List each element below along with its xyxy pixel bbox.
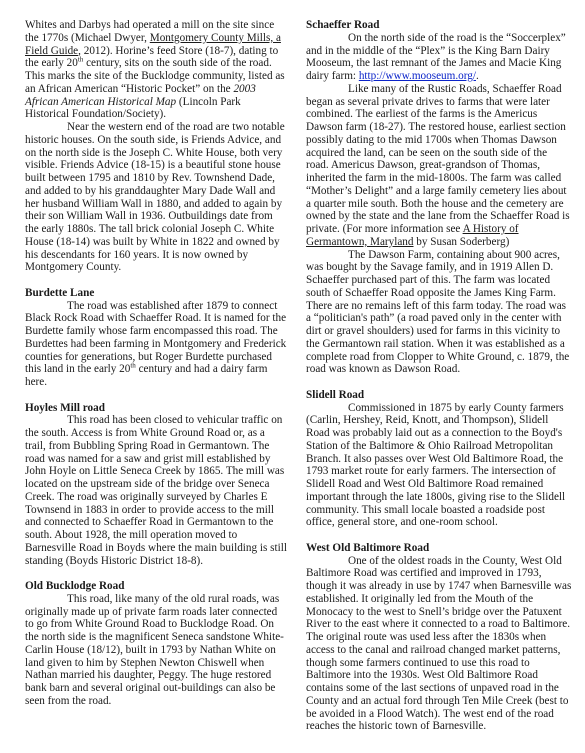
section-old-bucklodge-road: Old Bucklodge Road This road, like many … (25, 580, 287, 708)
left-column: Whites and Darbys had operated a mill on… (25, 19, 287, 708)
section-schaeffer-road: Schaeffer Road On the north side of the … (306, 19, 572, 376)
section-body: Commissioned in 1875 by early County far… (306, 402, 572, 530)
section-body: This road has been closed to vehicular t… (25, 414, 287, 567)
intro-paragraph-2: Near the western end of the road are two… (25, 121, 287, 274)
section-body: On the north side of the road is the “So… (306, 32, 572, 83)
section-body: The road was established after 1879 to c… (25, 300, 287, 389)
section-body: One of the oldest roads in the County, W… (306, 555, 572, 734)
section-body: Like many of the Rustic Roads, Schaeffer… (306, 83, 572, 249)
mooseum-link[interactable]: http://www.mooseum.org/ (359, 70, 476, 82)
section-body: This road, like many of the old rural ro… (25, 593, 287, 708)
section-heading: Hoyles Mill road (25, 402, 287, 415)
intro-paragraph-1: Whites and Darbys had operated a mill on… (25, 19, 287, 121)
section-burdette-lane: Burdette Lane The road was established a… (25, 287, 287, 389)
section-west-old-baltimore-road: West Old Baltimore Road One of the oldes… (306, 542, 572, 733)
right-column: Schaeffer Road On the north side of the … (306, 19, 572, 733)
section-body: The Dawson Farm, containing about 900 ac… (306, 249, 572, 377)
section-heading: Slidell Road (306, 389, 572, 402)
section-heading: Burdette Lane (25, 287, 287, 300)
section-hoyles-mill-road: Hoyles Mill road This road has been clos… (25, 402, 287, 568)
section-heading: Schaeffer Road (306, 19, 572, 32)
section-heading: Old Bucklodge Road (25, 580, 287, 593)
section-heading: West Old Baltimore Road (306, 542, 572, 555)
section-slidell-road: Slidell Road Commissioned in 1875 by ear… (306, 389, 572, 529)
